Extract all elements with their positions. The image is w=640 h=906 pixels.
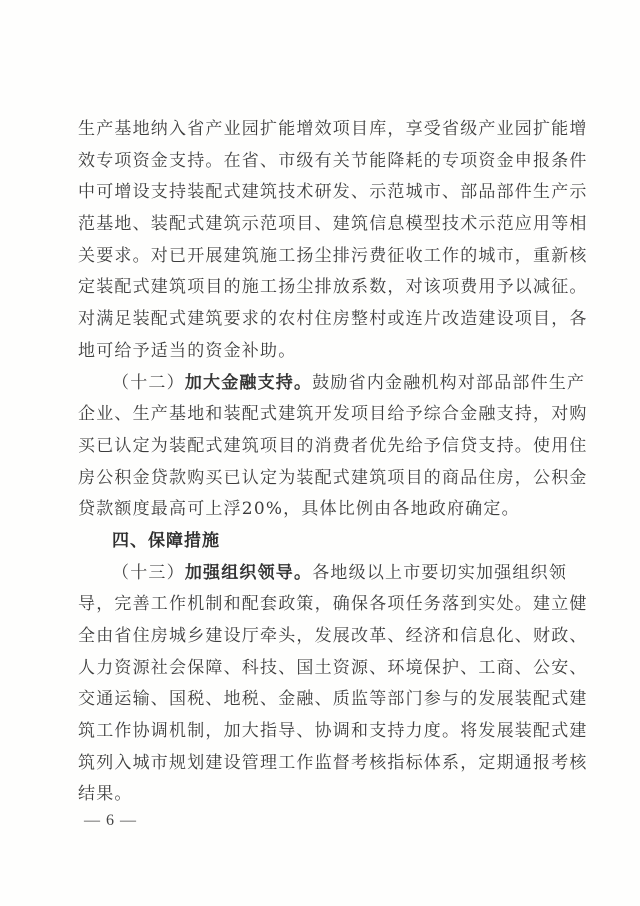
body-text: 生产基地纳入省产业园扩能增效项目库，享受省级产业园扩能增 效专项资金支持。在省、…	[78, 114, 554, 811]
text-line: 交通运输、国税、地税、金融、质监等部门参与的发展装配式建	[78, 684, 554, 716]
text-line: 范基地、装配式建筑示范项目、建筑信息模型技术示范应用等相	[78, 209, 554, 241]
text-line: 房公积金贷款购买已认定为装配式建筑项目的商品住房，公积金	[78, 463, 554, 495]
item-title: 加大金融支持。	[185, 373, 312, 393]
text-line: 导，完善工作机制和配套政策，确保各项任务落到实处。建立健	[78, 589, 554, 621]
item-first-line: （十二）加大金融支持。鼓励省内金融机构对部品部件生产	[78, 368, 554, 400]
text-line: 生产基地纳入省产业园扩能增效项目库，享受省级产业园扩能增	[78, 114, 554, 146]
item-text: 各地级以上市要切实加强组织领	[312, 563, 567, 583]
text-line: 筑工作协调机制，加大指导、协调和支持力度。将发展装配式建	[78, 716, 554, 748]
paragraph-item-12: （十二）加大金融支持。鼓励省内金融机构对部品部件生产 企业、生产基地和装配式建筑…	[78, 368, 554, 526]
item-first-line: （十三）加强组织领导。各地级以上市要切实加强组织领	[78, 558, 554, 590]
text-line: 人力资源社会保障、科技、国土资源、环境保护、工商、公安、	[78, 653, 554, 685]
text-line: 全由省住房城乡建设厅牵头，发展改革、经济和信息化、财政、	[78, 621, 554, 653]
text-line: 对满足装配式建筑要求的农村住房整村或连片改造建设项目，各	[78, 304, 554, 336]
text-line: 定装配式建筑项目的施工扬尘排放系数，对该项费用予以减征。	[78, 272, 554, 304]
item-number: （十二）	[112, 373, 185, 393]
text-line: 效专项资金支持。在省、市级有关节能降耗的专项资金申报条件	[78, 146, 554, 178]
item-number: （十三）	[112, 563, 185, 583]
document-page: 生产基地纳入省产业园扩能增效项目库，享受省级产业园扩能增 效专项资金支持。在省、…	[0, 0, 640, 906]
item-title: 加强组织领导。	[185, 563, 312, 583]
section-heading: 四、保障措施	[78, 526, 554, 558]
text-line: 贷款额度最高可上浮20%，具体比例由各地政府确定。	[78, 494, 554, 526]
text-line: 结果。	[78, 779, 554, 811]
paragraph-item-13: （十三）加强组织领导。各地级以上市要切实加强组织领 导，完善工作机制和配套政策，…	[78, 558, 554, 812]
text-line: 关要求。对已开展建筑施工扬尘排污费征收工作的城市，重新核	[78, 241, 554, 273]
text-line: 筑列入城市规划建设管理工作监督考核指标体系，定期通报考核	[78, 748, 554, 780]
page-number: — 6 —	[84, 812, 137, 830]
text-line: 企业、生产基地和装配式建筑开发项目给予综合金融支持，对购	[78, 399, 554, 431]
text-line: 买已认定为装配式建筑项目的消费者优先给予信贷支持。使用住	[78, 431, 554, 463]
text-line: 地可给予适当的资金补助。	[78, 336, 554, 368]
text-line: 中可增设支持装配式建筑技术研发、示范城市、部品部件生产示	[78, 177, 554, 209]
item-text: 鼓励省内金融机构对部品部件生产	[312, 373, 585, 393]
paragraph-continuation: 生产基地纳入省产业园扩能增效项目库，享受省级产业园扩能增 效专项资金支持。在省、…	[78, 114, 554, 368]
